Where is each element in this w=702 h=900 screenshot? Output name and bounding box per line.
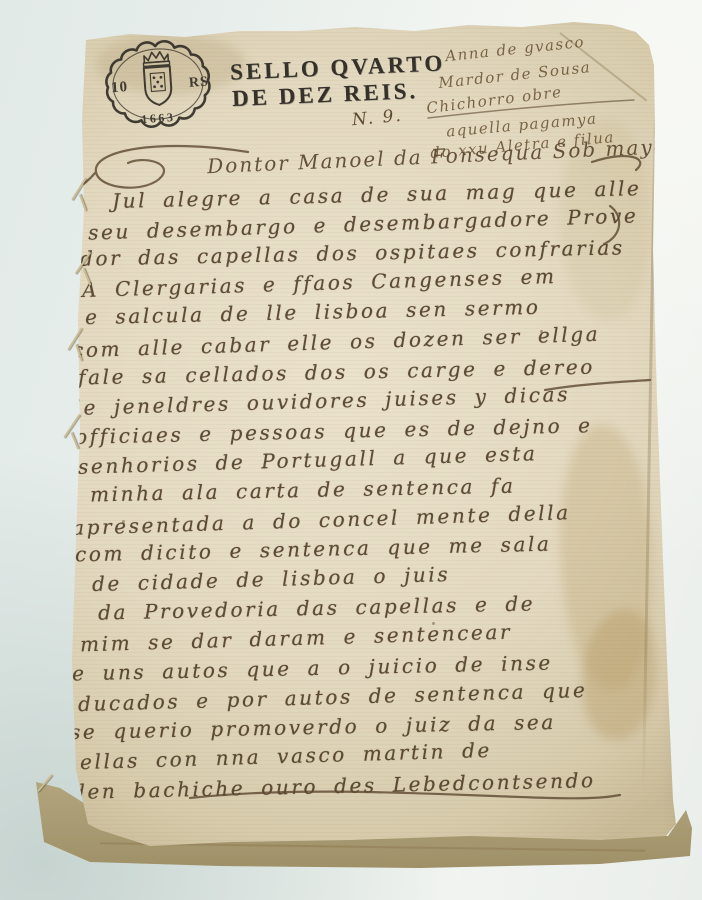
- partial-stamp-mark: [142, 14, 164, 34]
- paper-sheet: 10 RS 1663 SELLO QVARTO DE DEZ REIS. Ann…: [0, 0, 702, 900]
- paper-shading: [0, 0, 702, 900]
- partial-stamp-mark: [166, 11, 186, 30]
- photo-of-manuscript: 10 RS 1663 SELLO QVARTO DE DEZ REIS. Ann…: [0, 0, 702, 900]
- binding-thread: [71, 432, 80, 449]
